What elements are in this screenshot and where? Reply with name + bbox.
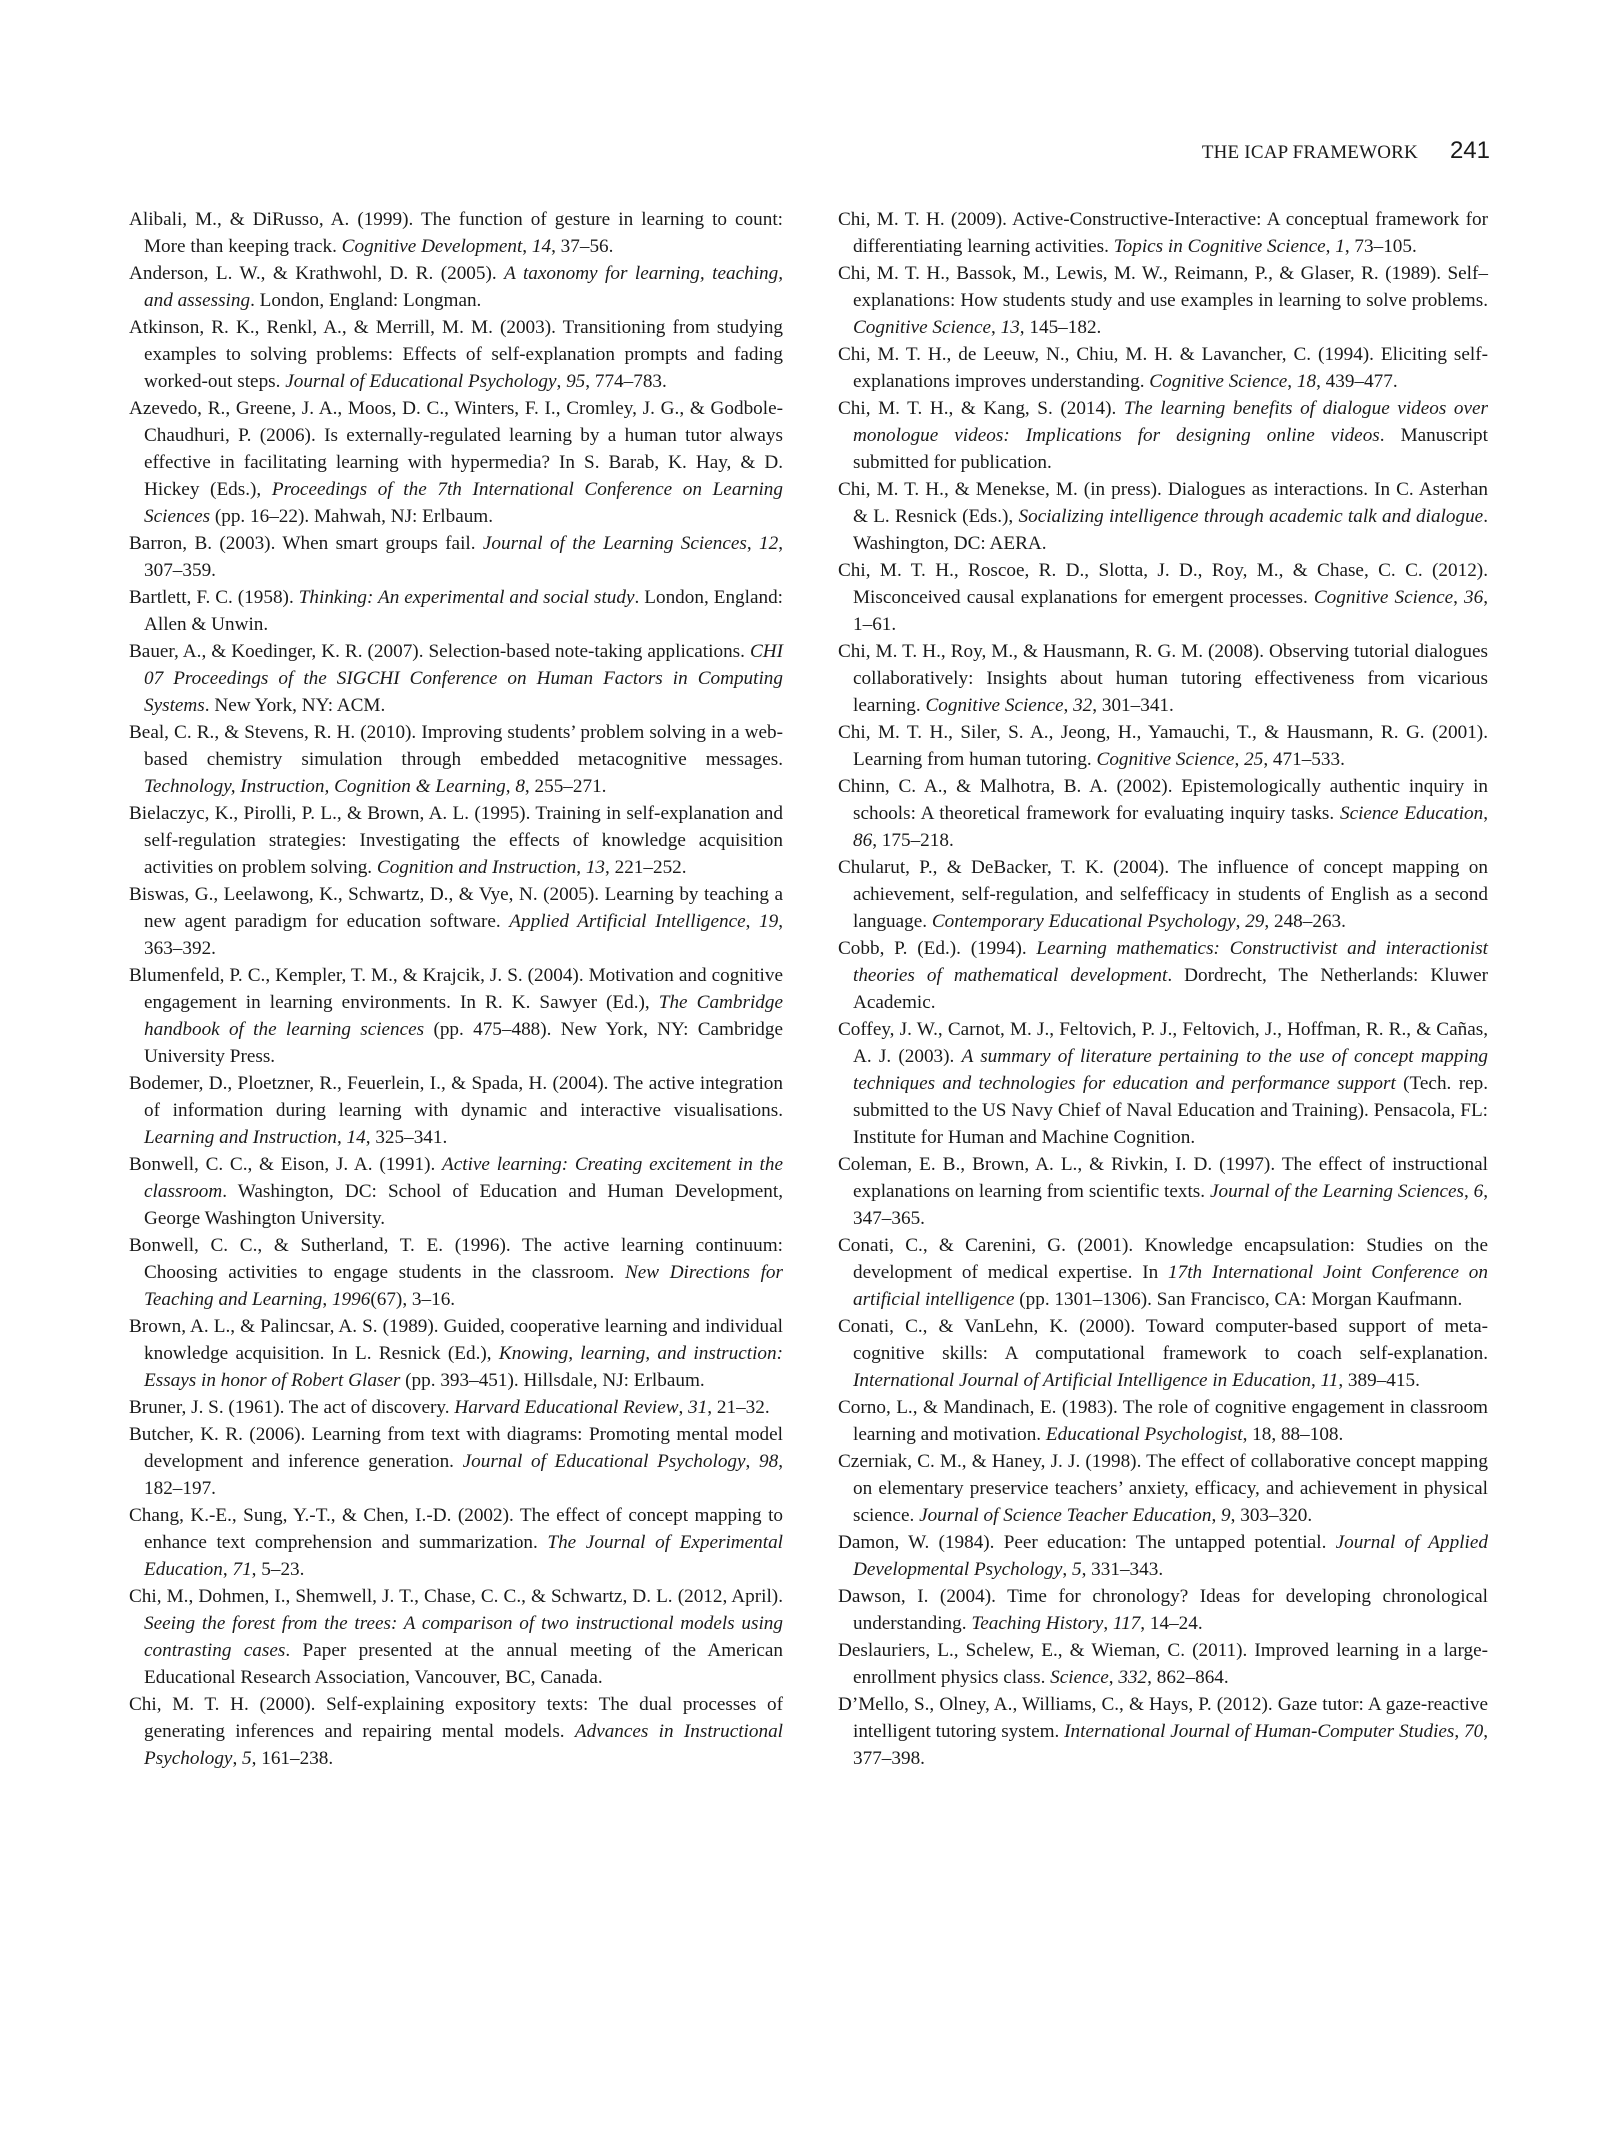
reference-italic-segment: Cognition and Instruction [377,857,576,878]
reference-segment: , [746,1451,759,1472]
reference-italic-segment: Harvard Educational Review [454,1397,678,1418]
reference-italic-segment: 70 [1464,1721,1483,1742]
reference-segment: , 301–341. [1092,695,1174,716]
reference-segment: , [506,776,516,797]
reference-italic-segment: 12 [759,533,778,554]
reference-italic-segment: 5 [242,1748,252,1769]
reference-segment: , [991,317,1001,338]
reference-italic-segment: 29 [1245,911,1264,932]
reference-entry: Blumenfeld, P. C., Kempler, T. M., & Kra… [129,962,783,1070]
reference-italic-segment: Thinking: An experimental and social stu… [299,587,635,608]
reference-segment: , [1464,1181,1474,1202]
reference-entry: Anderson, L. W., & Krathwohl, D. R. (200… [129,260,783,314]
reference-segment: , [1211,1505,1221,1526]
reference-entry: Chi, M. T. H. (2000). Self-explaining ex… [129,1691,783,1772]
reference-segment: Chi, M., Dohmen, I., Shemwell, J. T., Ch… [129,1586,783,1607]
reference-italic-segment: 25 [1244,749,1263,770]
reference-segment: , 325–341. [366,1127,448,1148]
reference-segment: , [1103,1613,1113,1634]
reference-segment: , [1062,1559,1072,1580]
reference-segment: Chi, M. T. H., & Kang, S. (2014). [838,398,1124,419]
reference-entry: Bodemer, D., Ploetzner, R., Feuerlein, I… [129,1070,783,1151]
reference-entry: Coffey, J. W., Carnot, M. J., Feltovich,… [838,1016,1488,1151]
reference-italic-segment: 14 [532,236,551,257]
reference-entry: Bruner, J. S. (1961). The act of discove… [129,1394,783,1421]
reference-italic-segment: 19 [759,911,778,932]
reference-italic-segment: Cognitive Science [853,317,991,338]
reference-italic-segment: 71 [232,1559,251,1580]
references-column-left: Alibali, M., & DiRusso, A. (1999). The f… [129,206,783,1772]
reference-segment: (pp. 16–22). Mahwah, NJ: Erlbaum. [210,506,493,527]
reference-segment: , 21–32. [707,1397,769,1418]
reference-entry: Butcher, K. R. (2006). Learning from tex… [129,1421,783,1502]
reference-entry: Bonwell, C. C., & Eison, J. A. (1991). A… [129,1151,783,1232]
reference-segment: , 471–533. [1263,749,1345,770]
reference-italic-segment: 8 [515,776,525,797]
reference-segment: , 331–343. [1082,1559,1164,1580]
reference-segment: Anderson, L. W., & Krathwohl, D. R. (200… [129,263,504,284]
reference-entry: Bielaczyc, K., Pirolli, P. L., & Brown, … [129,800,783,881]
reference-segment: Bruner, J. S. (1961). The act of discove… [129,1397,454,1418]
reference-italic-segment: 9 [1221,1505,1231,1526]
reference-segment: , [1311,1370,1321,1391]
reference-italic-segment: Teaching History [971,1613,1103,1634]
reference-italic-segment: Journal of Science Teacher Education [919,1505,1211,1526]
reference-italic-segment: International Journal of Human-Computer … [1064,1721,1454,1742]
reference-entry: Dawson, I. (2004). Time for chronology? … [838,1583,1488,1637]
reference-entry: Damon, W. (1984). Peer education: The un… [838,1529,1488,1583]
reference-italic-segment: Cognitive Science [1149,371,1287,392]
reference-italic-segment: Journal of Educational Psychology [463,1451,746,1472]
running-head: THE ICAP FRAMEWORK 241 [1110,137,1490,167]
reference-italic-segment: Topics in Cognitive Science [1114,236,1326,257]
reference-segment: , 18, 88–108. [1243,1424,1344,1445]
reference-segment: Barron, B. (2003). When smart groups fai… [129,533,483,554]
reference-entry: Corno, L., & Mandinach, E. (1983). The r… [838,1394,1488,1448]
reference-italic-segment: 1 [1335,236,1345,257]
reference-segment: , [556,371,566,392]
reference-italic-segment: 13 [1001,317,1020,338]
reference-entry: Alibali, M., & DiRusso, A. (1999). The f… [129,206,783,260]
reference-segment: , [232,1748,242,1769]
reference-entry: Chi, M. T. H., & Kang, S. (2014). The le… [838,395,1488,476]
running-title: THE ICAP FRAMEWORK [1202,142,1418,164]
reference-italic-segment: 31 [688,1397,707,1418]
reference-segment: Cobb, P. (Ed.). (1994). [838,938,1036,959]
reference-entry: Chi, M. T. H., Roscoe, R. D., Slotta, J.… [838,557,1488,638]
reference-italic-segment: Science Education [1340,803,1483,824]
page-number: 241 [1450,137,1490,165]
reference-segment: , [746,911,759,932]
reference-segment: , 221–252. [605,857,687,878]
reference-segment: , [1483,803,1488,824]
reference-segment: , 774–783. [585,371,667,392]
references-column-right: Chi, M. T. H. (2009). Active-Constructiv… [838,206,1488,1772]
reference-italic-segment: 95 [566,371,585,392]
reference-italic-segment: Journal of the Learning Sciences [1210,1181,1464,1202]
reference-entry: Chi, M., Dohmen, I., Shemwell, J. T., Ch… [129,1583,783,1691]
reference-entry: Chi, M. T. H. (2009). Active-Constructiv… [838,206,1488,260]
reference-italic-segment: 14 [347,1127,366,1148]
reference-segment: Bauer, A., & Koedinger, K. R. (2007). Se… [129,641,750,662]
reference-italic-segment: Socializing intelligence through academi… [1019,506,1484,527]
reference-italic-segment: Educational Psychologist [1046,1424,1243,1445]
reference-entry: D’Mello, S., Olney, A., Williams, C., & … [838,1691,1488,1772]
reference-segment: Beal, C. R., & Stevens, R. H. (2010). Im… [129,722,783,770]
reference-entry: Brown, A. L., & Palincsar, A. S. (1989).… [129,1313,783,1394]
reference-italic-segment: Cognitive Science [1097,749,1235,770]
reference-segment: , 145–182. [1020,317,1102,338]
reference-segment: , 439–477. [1316,371,1398,392]
reference-entry: Chi, M. T. H., Roy, M., & Hausmann, R. G… [838,638,1488,719]
reference-italic-segment: 86 [853,830,872,851]
reference-italic-segment: 32 [1073,695,1092,716]
reference-entry: Chi, M. T. H., & Menekse, M. (in press).… [838,476,1488,557]
reference-italic-segment: International Journal of Artificial Inte… [853,1370,1311,1391]
reference-segment: , 389–415. [1338,1370,1420,1391]
reference-entry: Chularut, P., & DeBacker, T. K. (2004). … [838,854,1488,935]
reference-entry: Deslauriers, L., Schelew, E., & Wieman, … [838,1637,1488,1691]
reference-segment: . London, England: Longman. [250,290,481,311]
reference-italic-segment: Cognitive Development [342,236,523,257]
reference-italic-segment: Cognitive Science [925,695,1063,716]
reference-italic-segment: Technology, Instruction, Cognition & Lea… [144,776,506,797]
reference-segment: Bodemer, D., Ploetzner, R., Feuerlein, I… [129,1073,783,1121]
reference-segment: , [522,236,532,257]
reference-entry: Czerniak, C. M., & Haney, J. J. (1998). … [838,1448,1488,1529]
reference-segment: , [576,857,586,878]
reference-segment: , [337,1127,347,1148]
reference-italic-segment: Journal of the Learning Scien­ces [483,533,747,554]
reference-segment: , 175–218. [872,830,954,851]
reference-entry: Chang, K.-E., Sung, Y.-T., & Chen, I.-D.… [129,1502,783,1583]
reference-segment: , [747,533,759,554]
reference-segment: (pp. 393–451). Hillsdale, NJ: Erlbaum. [400,1370,704,1391]
reference-segment: , 862–864. [1147,1667,1229,1688]
reference-italic-segment: 18 [1297,371,1316,392]
reference-italic-segment: 5 [1072,1559,1082,1580]
reference-segment: , 161–238. [252,1748,334,1769]
reference-entry: Bonwell, C. C., & Sutherland, T. E. (199… [129,1232,783,1313]
reference-segment: Bonwell, C. C., & Eison, J. A. (1991). [129,1154,442,1175]
reference-entry: Conati, C., & VanLehn, K. (2000). Toward… [838,1313,1488,1394]
reference-segment: , 248–263. [1264,911,1346,932]
reference-entry: Beal, C. R., & Stevens, R. H. (2010). Im… [129,719,783,800]
reference-italic-segment: Journal of Educational Psychol­ogy [285,371,556,392]
reference-entry: Atkinson, R. K., Renkl, A., & Merrill, M… [129,314,783,395]
reference-italic-segment: 13 [586,857,605,878]
reference-segment: Chi, M. T. H., Bassok, M., Lewis, M. W.,… [838,263,1488,311]
reference-segment: (67), 3–16. [370,1289,455,1310]
reference-segment: , [1063,695,1073,716]
reference-segment: , [1453,587,1464,608]
reference-segment: , [1109,1667,1119,1688]
reference-italic-segment: 6 [1474,1181,1484,1202]
reference-segment: , 37–56. [551,236,613,257]
reference-entry: Barron, B. (2003). When smart groups fai… [129,530,783,584]
reference-entry: Azevedo, R., Greene, J. A., Moos, D. C.,… [129,395,783,530]
reference-italic-segment: 1996 [332,1289,370,1310]
reference-segment: , [679,1397,689,1418]
reference-segment: . New York, NY: ACM. [205,695,386,716]
reference-entry: Conati, C., & Carenini, G. (2001). Knowl… [838,1232,1488,1313]
reference-segment: , 255–271. [525,776,607,797]
reference-entry: Bartlett, F. C. (1958). Thinking: An exp… [129,584,783,638]
reference-segment: , [1235,749,1245,770]
reference-segment: , [1326,236,1336,257]
reference-segment: , [1236,911,1246,932]
reference-entry: Chinn, C. A., & Malhotra, B. A. (2002). … [838,773,1488,854]
reference-entry: Biswas, G., Leelawong, K., Schwartz, D.,… [129,881,783,962]
reference-italic-segment: Cognitive Science [1314,587,1453,608]
reference-segment: , 73–105. [1345,236,1417,257]
reference-segment: , 5–23. [252,1559,305,1580]
reference-segment: Damon, W. (1984). Peer education: The un… [838,1532,1336,1553]
reference-segment: Bartlett, F. C. (1958). [129,587,299,608]
reference-italic-segment: Science [1050,1667,1109,1688]
reference-entry: Chi, M. T. H., Bassok, M., Lewis, M. W.,… [838,260,1488,341]
reference-entry: Chi, M. T. H., de Leeuw, N., Chiu, M. H.… [838,341,1488,395]
reference-segment: (pp. 1301–1306). San Francisco, CA: Morg… [1014,1289,1462,1310]
reference-segment: . Washington, DC: School of Education an… [144,1181,783,1229]
reference-segment: , [322,1289,332,1310]
reference-segment: , 14–24. [1140,1613,1202,1634]
reference-segment: Conati, C., & VanLehn, K. (2000). Toward… [838,1316,1488,1364]
reference-segment: , [1454,1721,1464,1742]
reference-entry: Bauer, A., & Koedinger, K. R. (2007). Se… [129,638,783,719]
reference-italic-segment: Learning and Instruction [144,1127,337,1148]
reference-italic-segment: Contemporary Educational Psychology [932,911,1236,932]
reference-italic-segment: 36 [1464,587,1483,608]
reference-italic-segment: 117 [1113,1613,1140,1634]
reference-italic-segment: 98 [759,1451,778,1472]
reference-italic-segment: Applied Artificial Intelligence [509,911,745,932]
reference-italic-segment: 11 [1321,1370,1339,1391]
reference-segment: , [1287,371,1297,392]
reference-entry: Cobb, P. (Ed.). (1994). Learning mathema… [838,935,1488,1016]
reference-segment: , 303–320. [1231,1505,1313,1526]
reference-italic-segment: 332 [1118,1667,1147,1688]
reference-entry: Chi, M. T. H., Siler, S. A., Jeong, H., … [838,719,1488,773]
reference-entry: Coleman, E. B., Brown, A. L., & Rivkin, … [838,1151,1488,1232]
